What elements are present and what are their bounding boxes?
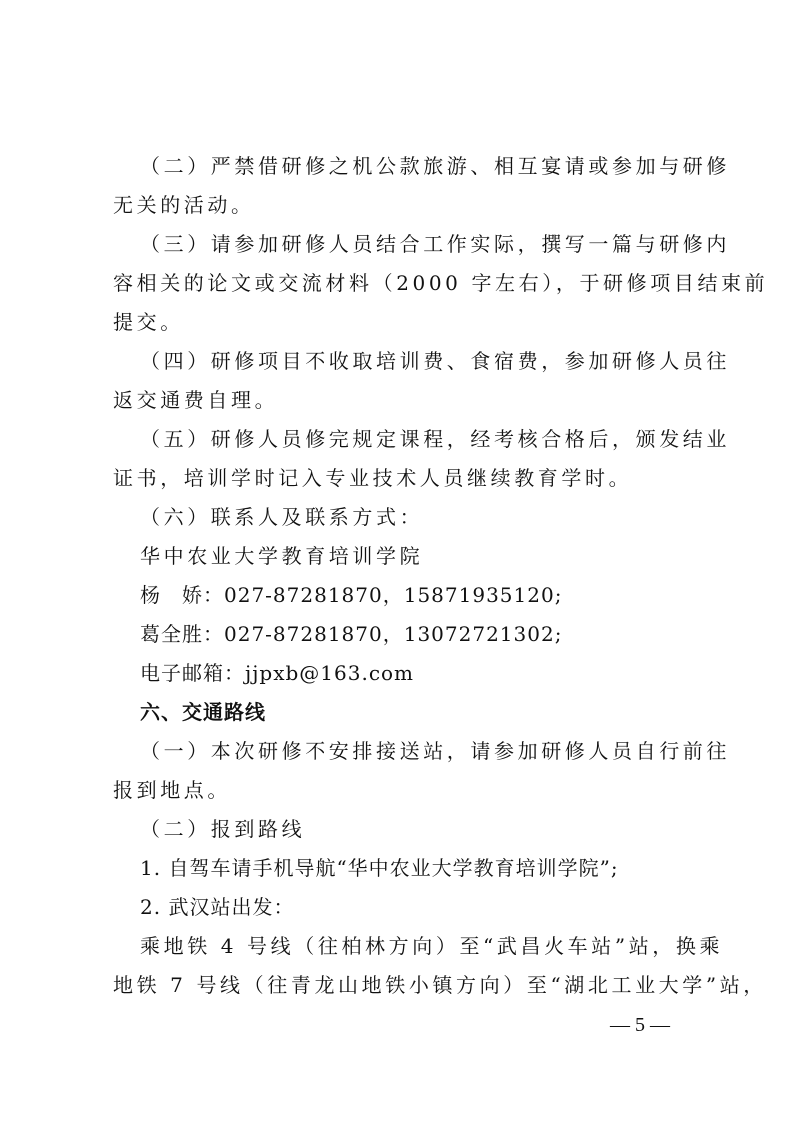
- document-page: （二）严禁借研修之机公款旅游、相互宴请或参加与研修无关的活动。（三）请参加研修人…: [0, 0, 788, 1121]
- text-line: 电子邮箱：jjpxb@163.com: [140, 660, 679, 686]
- text-line: 杨 娇：027-87281870，15871935120;: [140, 582, 679, 608]
- text-line: 证书，培训学时记入专业技术人员继续教育学时。: [113, 465, 679, 491]
- text-line: 葛全胜：027-87281870，13072721302;: [140, 621, 679, 647]
- text-line: （六）联系人及联系方式：: [140, 504, 679, 530]
- page-number: — 5 —: [590, 1012, 690, 1038]
- text-line: （一）本次研修不安排接送站，请参加研修人员自行前往: [140, 738, 679, 764]
- text-line: （五）研修人员修完规定课程，经考核合格后，颁发结业: [140, 426, 679, 452]
- text-line: （二）报到路线: [140, 816, 679, 842]
- text-line: 华中农业大学教育培训学院: [140, 543, 679, 569]
- text-line: （三）请参加研修人员结合工作实际，撰写一篇与研修内: [140, 231, 679, 257]
- text-line: 乘地铁 4 号线（往柏林方向）至“武昌火车站”站，换乘: [140, 933, 679, 959]
- text-line: 返交通费自理。: [113, 387, 679, 413]
- text-line: 2. 武汉站出发：: [140, 894, 679, 920]
- text-line: 提交。: [113, 309, 679, 335]
- text-line: （四）研修项目不收取培训费、食宿费，参加研修人员往: [140, 348, 679, 374]
- text-line: 报到地点。: [113, 777, 679, 803]
- text-line: 容相关的论文或交流材料（2000 字左右），于研修项目结束前: [113, 270, 679, 296]
- text-line: 无关的活动。: [113, 192, 679, 218]
- section-heading: 六、交通路线: [140, 699, 679, 725]
- text-line: （二）严禁借研修之机公款旅游、相互宴请或参加与研修: [140, 153, 679, 179]
- text-line: 地铁 7 号线（往青龙山地铁小镇方向）至“湖北工业大学”站，: [113, 972, 679, 998]
- text-line: 1. 自驾车请手机导航“华中农业大学教育培训学院”;: [140, 855, 679, 881]
